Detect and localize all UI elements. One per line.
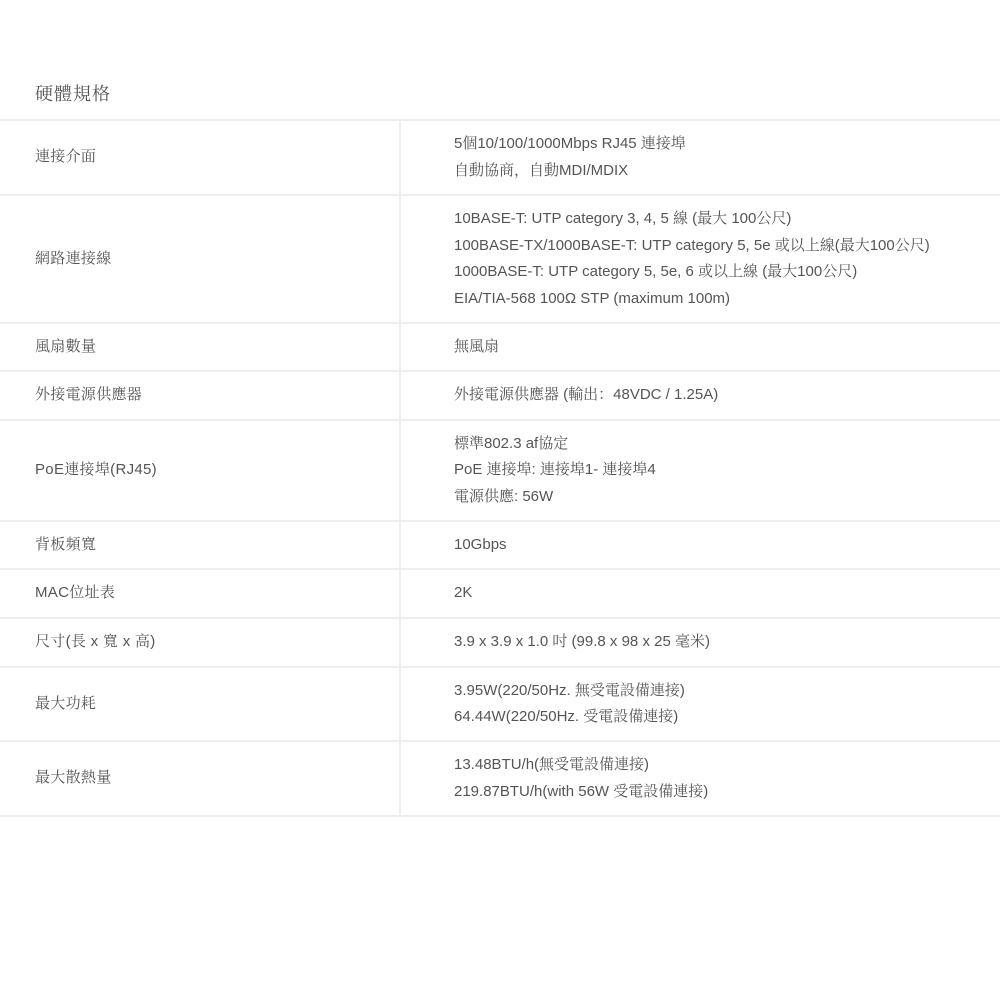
- spec-value: 5個10/100/1000Mbps RJ45 連接埠 自動協商，自動MDI/MD…: [400, 120, 1000, 195]
- spec-value: 3.9 x 3.9 x 1.0 吋 (99.8 x 98 x 25 毫米): [400, 618, 1000, 667]
- spec-value: 13.48BTU/h(無受電設備連接) 219.87BTU/h(with 56W…: [400, 741, 1000, 816]
- spec-value-line: PoE 連接埠: 連接埠1- 連接埠4: [454, 457, 1000, 484]
- spec-value: 外接電源供應器 (輸出：48VDC / 1.25A): [400, 371, 1000, 420]
- spec-value: 10BASE-T: UTP category 3, 4, 5 線 (最大 100…: [400, 195, 1000, 323]
- spec-value: 3.95W(220/50Hz. 無受電設備連接) 64.44W(220/50Hz…: [400, 667, 1000, 741]
- spec-label: 外接電源供應器: [0, 371, 400, 420]
- spec-value-line: 10Gbps: [454, 532, 1000, 559]
- spec-value: 標準802.3 af協定 PoE 連接埠: 連接埠1- 連接埠4 電源供應: 5…: [400, 420, 1000, 521]
- spec-row-fan-count: 風扇數量 無風扇: [0, 323, 1000, 371]
- spec-label: 網路連接線: [0, 195, 400, 323]
- spec-label: 背板頻寬: [0, 521, 400, 569]
- spec-row-max-power: 最大功耗 3.95W(220/50Hz. 無受電設備連接) 64.44W(220…: [0, 667, 1000, 741]
- spec-value-line: 10BASE-T: UTP category 3, 4, 5 線 (最大 100…: [454, 206, 1000, 233]
- spec-row-mac-table: MAC位址表 2K: [0, 569, 1000, 618]
- spec-label: 連接介面: [0, 120, 400, 195]
- spec-table-body: 連接介面 5個10/100/1000Mbps RJ45 連接埠 自動協商，自動M…: [0, 120, 1000, 816]
- hardware-spec-table: 連接介面 5個10/100/1000Mbps RJ45 連接埠 自動協商，自動M…: [0, 119, 1000, 817]
- spec-value-line: 1000BASE-T: UTP category 5, 5e, 6 或以上線 (…: [454, 259, 1000, 286]
- spec-label: MAC位址表: [0, 569, 400, 618]
- spec-label: 尺寸(長 x 寬 x 高): [0, 618, 400, 667]
- spec-value-line: 3.9 x 3.9 x 1.0 吋 (99.8 x 98 x 25 毫米): [454, 629, 1000, 656]
- spec-value-line: 219.87BTU/h(with 56W 受電設備連接): [454, 779, 1000, 806]
- spec-row-dimensions: 尺寸(長 x 寬 x 高) 3.9 x 3.9 x 1.0 吋 (99.8 x …: [0, 618, 1000, 667]
- spec-label: PoE連接埠(RJ45): [0, 420, 400, 521]
- spec-value: 無風扇: [400, 323, 1000, 371]
- section-title: 硬體規格: [35, 80, 111, 106]
- spec-value-line: 13.48BTU/h(無受電設備連接): [454, 752, 1000, 779]
- spec-row-poe-ports: PoE連接埠(RJ45) 標準802.3 af協定 PoE 連接埠: 連接埠1-…: [0, 420, 1000, 521]
- spec-row-power-adapter: 外接電源供應器 外接電源供應器 (輸出：48VDC / 1.25A): [0, 371, 1000, 420]
- spec-value: 10Gbps: [400, 521, 1000, 569]
- spec-row-interface: 連接介面 5個10/100/1000Mbps RJ45 連接埠 自動協商，自動M…: [0, 120, 1000, 195]
- spec-row-backplane-bandwidth: 背板頻寬 10Gbps: [0, 521, 1000, 569]
- spec-value-line: 外接電源供應器 (輸出：48VDC / 1.25A): [454, 382, 1000, 409]
- spec-value-line: 2K: [454, 580, 1000, 607]
- spec-value-line: 無風扇: [454, 334, 1000, 361]
- spec-value-line: EIA/TIA-568 100Ω STP (maximum 100m): [454, 286, 1000, 313]
- spec-label: 風扇數量: [0, 323, 400, 371]
- spec-value: 2K: [400, 569, 1000, 618]
- spec-value-line: 100BASE-TX/1000BASE-T: UTP category 5, 5…: [454, 233, 1000, 260]
- spec-value-line: 電源供應: 56W: [454, 484, 1000, 511]
- spec-label: 最大功耗: [0, 667, 400, 741]
- spec-row-max-heat: 最大散熱量 13.48BTU/h(無受電設備連接) 219.87BTU/h(wi…: [0, 741, 1000, 816]
- spec-value-line: 自動協商，自動MDI/MDIX: [454, 158, 1000, 185]
- spec-value-line: 64.44W(220/50Hz. 受電設備連接): [454, 704, 1000, 731]
- spec-label: 最大散熱量: [0, 741, 400, 816]
- spec-value-line: 3.95W(220/50Hz. 無受電設備連接): [454, 678, 1000, 705]
- spec-value-line: 5個10/100/1000Mbps RJ45 連接埠: [454, 131, 1000, 158]
- spec-value-line: 標準802.3 af協定: [454, 431, 1000, 458]
- spec-row-network-cable: 網路連接線 10BASE-T: UTP category 3, 4, 5 線 (…: [0, 195, 1000, 323]
